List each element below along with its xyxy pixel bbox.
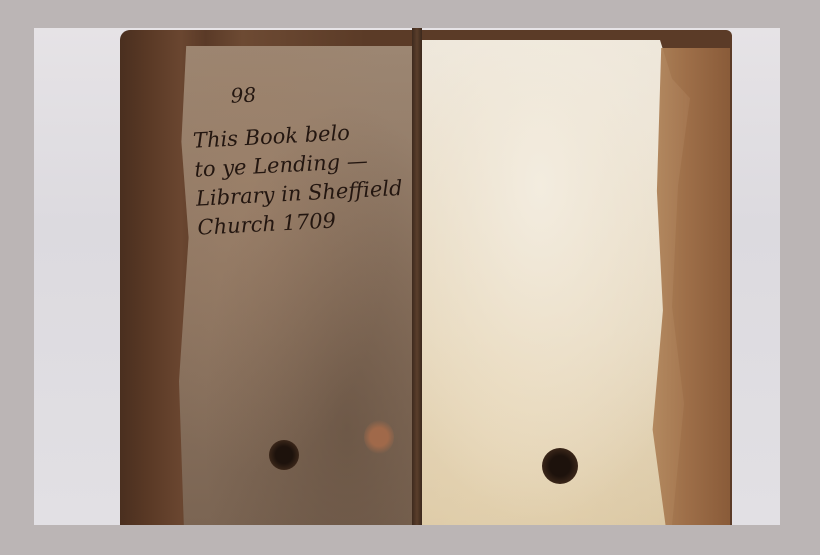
book-photo: 98 This Book belo to ye Lending — Librar… — [34, 28, 780, 525]
wormhole-left — [269, 440, 299, 470]
book-spine — [412, 28, 422, 525]
wormhole-right — [542, 448, 578, 484]
stain-spot — [364, 420, 394, 454]
handwritten-inscription: 98 This Book belo to ye Lending — Librar… — [190, 72, 418, 242]
